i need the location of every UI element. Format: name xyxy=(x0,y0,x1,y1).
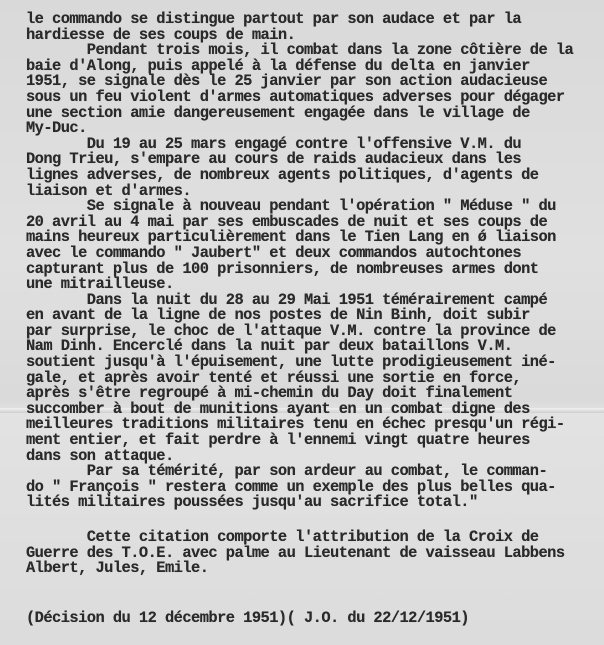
citation-paragraph: Dans la nuit du 28 au 29 Mai 1951 téméra… xyxy=(26,293,601,465)
text-line: lités militaires poussées jusqu'au sacri… xyxy=(26,495,601,511)
citation-paragraph: Du 19 au 25 mars engagé contre l'offensi… xyxy=(26,137,601,199)
citation-body: le commando se distingue partout par son… xyxy=(26,12,601,511)
text-line: une section amie dangereusement engagée … xyxy=(26,106,601,122)
citation-paragraph: Par sa témérité, par son ardeur au comba… xyxy=(26,464,601,511)
citation-paragraph: Pendant trois mois, il combat dans la zo… xyxy=(26,43,601,137)
attribution-paragraph: Cette citation comporte l'attribution de… xyxy=(26,530,601,577)
decision-footer: (Décision du 12 décembre 1951)( J.O. du … xyxy=(26,611,601,627)
typewritten-citation-page: le commando se distingue partout par son… xyxy=(26,12,601,626)
spacer xyxy=(26,577,601,611)
citation-paragraph: Se signale à nouveau pendant l'opération… xyxy=(26,199,601,293)
citation-paragraph: le commando se distingue partout par son… xyxy=(26,12,601,43)
text-line: Albert, Jules, Emile. xyxy=(26,561,601,577)
